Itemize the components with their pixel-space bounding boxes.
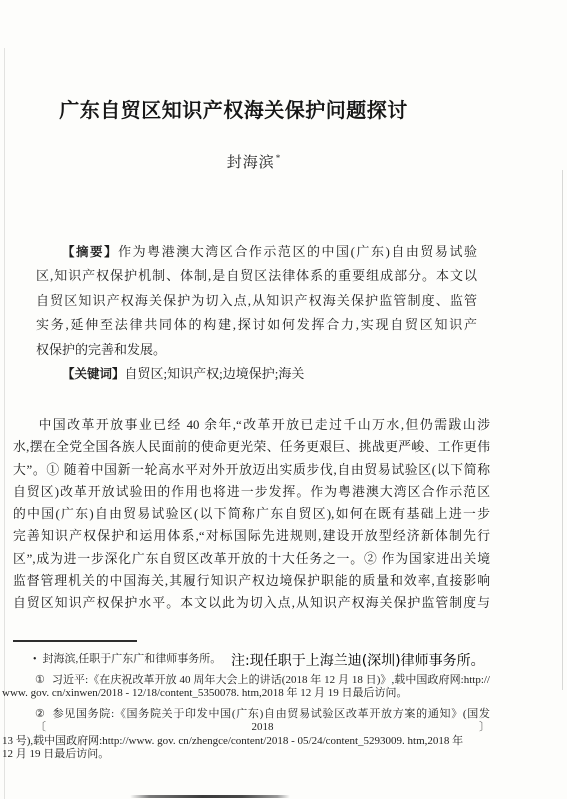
- keywords-text: 自贸区;知识产权;边境保护;海关: [125, 366, 305, 381]
- body-line: 自贸区)改革开放试验田的作用也将进一步发挥。作为粤港澳大湾区合作示范区: [13, 481, 490, 503]
- body-paragraph: 中国改革开放事业已经 40 余年,“改革开放已走过千山万水,但仍需跋山涉 水,摆…: [13, 414, 490, 615]
- abstract-line: 自贸区知识产权海关保护为切入点,从知识产权海关保护监管制度、监管: [36, 289, 477, 313]
- scan-edge-shadow-right: [562, 170, 563, 690]
- abstract-text: 作为粤港澳大湾区合作示范区的中国(广东)自由贸易试验: [118, 244, 477, 259]
- body-line: 大”。① 随着中国新一轮高水平对外开放迈出实质步伐,自由贸易试验区(以下简称: [13, 459, 490, 481]
- scanned-document-page: 广东自贸区知识产权海关保护问题探讨 封海滨* 【摘要】作为粤港澳大湾区合作示范区…: [0, 0, 567, 799]
- footnote-author-note-text: 封海滨,任职于广东广和律师事务所。: [43, 653, 222, 665]
- footnote-1-line: ①习近平:《在庆祝改革开放 40 周年大会上的讲话(2018 年 12 月 18…: [35, 674, 490, 688]
- footnote-2-text: 参见国务院:《国务院关于印发中国(广东)自由贸易试验区改革开放方案的通知》(国发…: [35, 708, 490, 734]
- footnote-2-line: 13 号),载中国政府网:http://www. gov. cn/zhengce…: [2, 735, 490, 749]
- body-line: 水,摆在全党全国各族人民面前的使命更光荣、任务更艰巨、挑战更严峻、工作更伟: [13, 436, 490, 458]
- footnote-1-text: 习近平:《在庆祝改革开放 40 周年大会上的讲话(2018 年 12 月 18 …: [52, 674, 490, 686]
- scan-artifact-bottom-streak: [130, 795, 290, 798]
- abstract-section: 【摘要】作为粤港澳大湾区合作示范区的中国(广东)自由贸易试验 区,知识产权保护机…: [36, 240, 477, 386]
- body-line: 的中国(广东)自由贸易试验区(以下简称广东自贸区),如何在既有基础上进一步: [13, 503, 490, 525]
- footnote-2-line: 12 月 19 日最后访问。: [2, 748, 490, 762]
- footnote-2-marker: ②: [35, 708, 46, 720]
- keywords-label: 【关键词】: [62, 366, 125, 381]
- author-line: 封海滨*: [0, 151, 508, 172]
- body-line: 自贸区知识产权保护水平。本文以此为切入点,从知识产权海关保护监管制度与: [13, 592, 490, 614]
- abstract-label: 【摘要】: [62, 244, 118, 259]
- abstract-line: 【摘要】作为粤港澳大湾区合作示范区的中国(广东)自由贸易试验: [36, 240, 477, 264]
- footnote-1-marker: ①: [35, 674, 45, 686]
- abstract-line: 实务,延伸至法律共同体的构建,探讨如何发挥合力,实现自贸区知识产: [36, 313, 477, 337]
- body-line: 中国改革开放事业已经 40 余年,“改革开放已走过千山万水,但仍需跋山涉: [13, 414, 490, 436]
- footnote-divider: [13, 640, 137, 642]
- abstract-line: 权保护的完善和发展。: [36, 338, 477, 362]
- typed-annotation-note: 注:现任职于上海兰迪(深圳)律师事务所。: [231, 650, 485, 670]
- author-footnote-mark: *: [276, 153, 282, 163]
- author-name: 封海滨: [227, 155, 275, 171]
- article-title: 广东自贸区知识产权海关保护问题探讨: [0, 94, 467, 123]
- footnote-2-line: ②参见国务院:《国务院关于印发中国(广东)自由贸易试验区改革开放方案的通知》(国…: [35, 708, 490, 735]
- keywords-line: 【关键词】自贸区;知识产权;边境保护;海关: [36, 362, 477, 386]
- body-line: 区”,成为进一步深化广东自贸区改革开放的十大任务之一。② 作为国家进出关境: [13, 548, 490, 570]
- footnote-1-line: www. gov. cn/xinwen/2018 - 12/18/content…: [2, 687, 490, 701]
- footnote-bullet-marker: •: [33, 654, 37, 665]
- body-line: 监督管理机关的中国海关,其履行知识产权边境保护职能的质量和效率,直接影响: [13, 570, 490, 592]
- body-line: 完善知识产权保护和运用体系,“对标国际先进规则,建设开放型经济新体制先行: [13, 525, 490, 547]
- abstract-line: 区,知识产权保护机制、体制,是自贸区法律体系的重要组成部分。本文以: [36, 264, 477, 288]
